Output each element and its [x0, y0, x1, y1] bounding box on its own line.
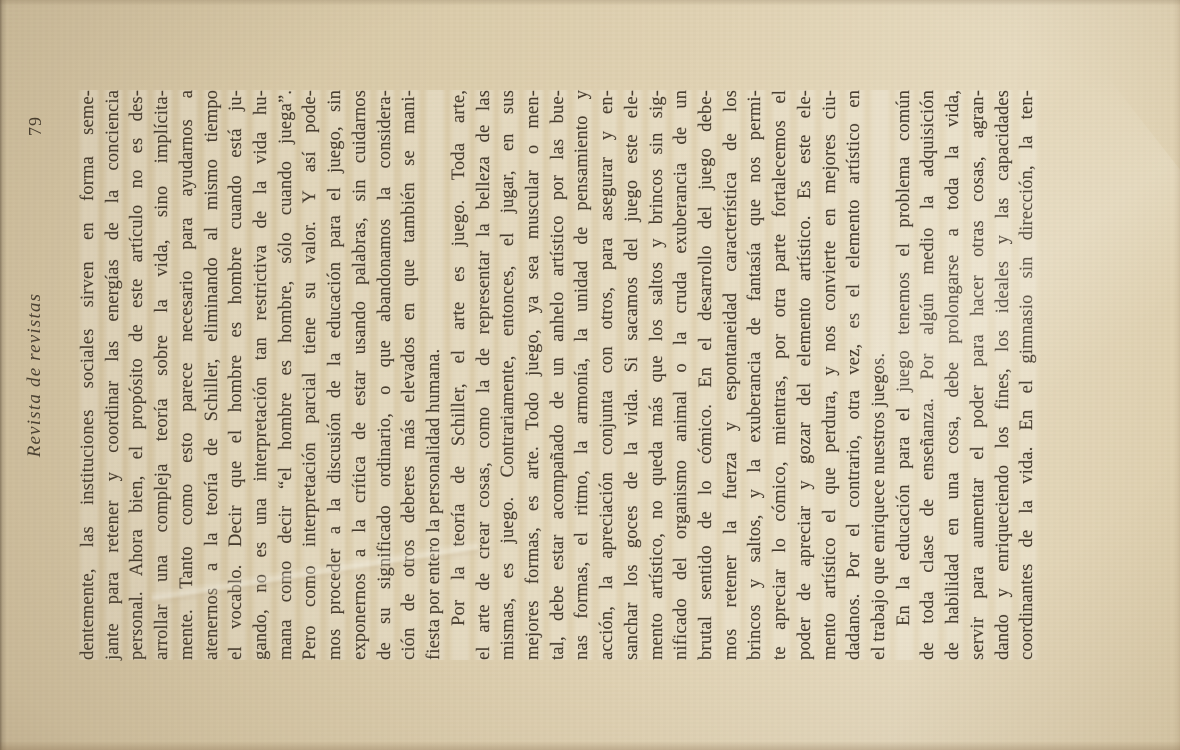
text-line: mento artístico el que perdura, y nos co…	[818, 90, 843, 660]
text-line: nas formas, el ritmo, la armonía, la uni…	[570, 90, 595, 660]
scanned-page-image: Revista de revistas 79 dentemente, las i…	[0, 0, 1180, 750]
book-page: Revista de revistas 79 dentemente, las i…	[0, 0, 1180, 750]
text-line: el trabajo que enriquece nuestros juegos…	[867, 90, 892, 660]
text-line: te apreciar lo cómico, mientras, por otr…	[768, 90, 793, 660]
text-line: ción de otros deberes más elevados en qu…	[397, 90, 422, 660]
text-line: de toda clase de enseñanza. Por algún me…	[916, 90, 941, 660]
text-line: coordinantes de la vida. En el gimnasio …	[1015, 90, 1040, 660]
text-line: de habilidad en una cosa, debe prolongar…	[941, 90, 966, 660]
text-line: fiesta por entero la personalidad humana…	[422, 90, 447, 660]
text-line: sanchar los goces de la vida. Si sacamos…	[620, 90, 645, 660]
text-line: el arte de crear cosas, como la de repre…	[472, 90, 497, 660]
body-text-block: dentemente, las instituciones sociales s…	[76, 90, 1040, 660]
text-line: En la educación para el juego tenemos el…	[892, 90, 917, 660]
text-line: mos retener la fuerza y espontaneidad ca…	[719, 90, 744, 660]
text-line: mento artístico, no queda más que los sa…	[645, 90, 670, 660]
text-line: Por la teoría de Schiller, el arte es ju…	[447, 90, 472, 660]
running-header: Revista de revistas 79	[24, 90, 48, 660]
text-line: Pero como interpretación parcial tiene s…	[298, 90, 323, 660]
text-line: dentemente, las instituciones sociales s…	[76, 90, 101, 660]
text-line: brincos y saltos, y la exuberancia de fa…	[743, 90, 768, 660]
text-line: mismas, es juego. Contrariamente, entonc…	[496, 90, 521, 660]
text-line: personal. Ahora bien, el propósito de es…	[125, 90, 150, 660]
text-line: acción, la apreciación conjunta con otro…	[595, 90, 620, 660]
text-line: servir para aumentar el poder para hacer…	[966, 90, 991, 660]
text-line: exponernos a la crítica de estar usando …	[348, 90, 373, 660]
text-line: mana como decir “el hombre es hombre, só…	[274, 90, 299, 660]
text-line: tal, debe estar acompañado de un anhelo …	[546, 90, 571, 660]
text-line: jante para retener y coordinar las energ…	[101, 90, 126, 660]
text-line: gando, no es una interpretación tan rest…	[249, 90, 274, 660]
page-number: 79	[25, 116, 46, 136]
text-line: mejores formas, es arte. Todo juego, ya …	[521, 90, 546, 660]
text-line: poder de apreciar y gozar del elemento a…	[793, 90, 818, 660]
text-line: arrollar una compleja teoría sobre la vi…	[150, 90, 175, 660]
text-line: atenernos a la teoría de Schiller, elimi…	[200, 90, 225, 660]
text-line: brutal sentido de lo cómico. En el desar…	[694, 90, 719, 660]
text-line: dadanos. Por el contrario, otra vez, es …	[842, 90, 867, 660]
text-line: mente. Tanto como esto parece necesario …	[175, 90, 200, 660]
text-line: nificado del organismo animal o la cruda…	[669, 90, 694, 660]
running-header-title: Revista de revistas	[24, 90, 46, 660]
text-line: de su significado ordinario, o que aband…	[373, 90, 398, 660]
text-line: dando y enriqueciendo los fines, los ide…	[991, 90, 1016, 660]
text-line: mos proceder a la discusión de la educac…	[323, 90, 348, 660]
text-line: el vocablo. Decir que el hombre es hombr…	[224, 90, 249, 660]
